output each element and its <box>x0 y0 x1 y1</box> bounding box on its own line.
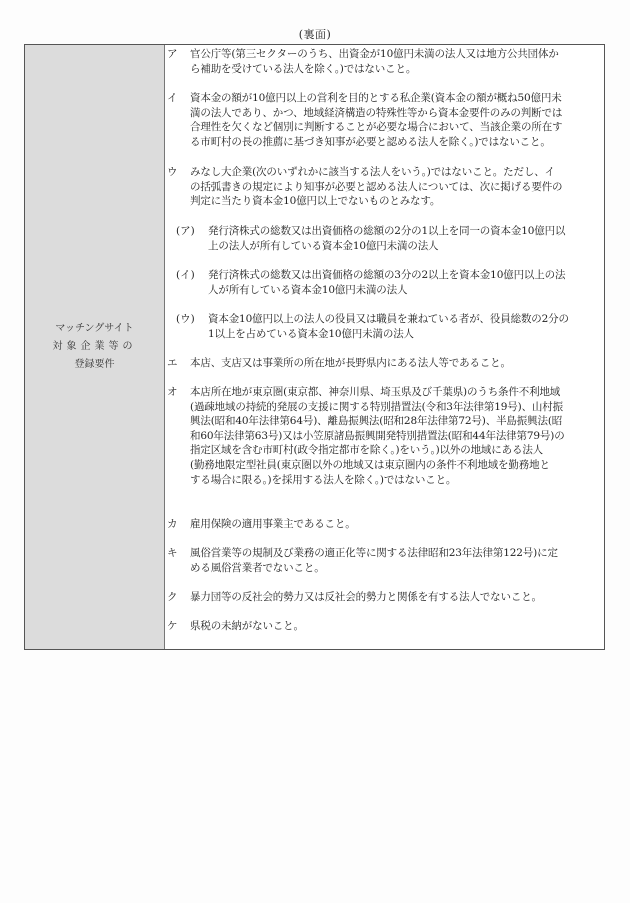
requirement-marker: (イ) <box>176 268 195 283</box>
requirement-text-line: 人が所有している資本金10億円未満の法人 <box>208 283 407 298</box>
requirement-text-line: 官公庁等(第三セクターのうち、出資金が10億円未満の法人又は地方公共団体か <box>190 47 559 62</box>
requirement-text-line: 県税の未納がないこと。 <box>190 619 304 634</box>
requirement-marker: イ <box>167 91 178 106</box>
requirement-marker: カ <box>167 517 178 532</box>
requirement-marker: オ <box>167 385 178 400</box>
requirement-marker: (ア) <box>176 224 195 239</box>
requirement-text-line: の括弧書きの規定により知事が必要と認める法人については、次に掲げる要件の <box>190 180 562 195</box>
requirement-text-line: 指定区域を含む市町村(政令指定都市を除く。)をいう。)以外の地域にある法人 <box>190 443 543 458</box>
requirement-text-line: る市町村の長の推薦に基づき知事が必要と認める法人を除く。)ではないこと。 <box>190 135 551 150</box>
requirement-text-line: 風俗営業等の規制及び業務の適正化等に関する法律昭和23年法律第122号)に定 <box>190 546 558 561</box>
requirement-text-line: 合理性を欠くなど個別に判断することが必要な場合において、当該企業の所在す <box>190 120 562 135</box>
requirement-text-line: 発行済株式の総数又は出資価格の総額の2分の1以上を同一の資本金10億円以 <box>208 224 565 239</box>
requirement-marker: ク <box>167 590 178 605</box>
requirement-text-line: 満の法人であり、かつ、地域経済構造の特殊性等から資本金要件のみの判断では <box>190 106 562 121</box>
requirement-marker: エ <box>167 356 178 371</box>
label-line-3: 登録要件 <box>75 356 115 374</box>
requirement-text-line: 暴力団等の反社会的勢力又は反社会的勢力と関係を有する法人でないこと。 <box>190 590 542 605</box>
requirement-text-line: 発行済株式の総数又は出資価格の総額の3分の2以上を資本金10億円以上の法 <box>208 268 565 283</box>
requirement-marker: (ウ) <box>176 312 195 327</box>
requirement-text-line: ら補助を受けている法人を除く。)ではないこと。 <box>190 62 416 77</box>
requirement-text-line: 本店所在地が東京圏(東京都、神奈川県、埼玉県及び千葉県)のうち条件不利地域 <box>190 385 560 400</box>
requirement-text-line: 判定に当たり資本金10億円以上でないものとみなす。 <box>190 194 440 209</box>
requirement-text-line: (過疎地域の持続的発展の支援に関する特別措置法(令和3年法律第19号)、山村振 <box>190 400 563 415</box>
requirement-marker: ウ <box>167 165 178 180</box>
requirement-text-line: める風俗営業者でないこと。 <box>190 561 325 576</box>
requirements-table: マッチングサイト 対象企業等の 登録要件 ア官公庁等(第三セクターのうち、出資金… <box>24 44 605 650</box>
label-line-2: 対象企業等の <box>53 338 137 356</box>
requirement-text-line: 雇用保険の適用事業主であること。 <box>190 517 356 532</box>
requirement-text-line: する場合に限る。)を採用する法人を除く。)ではないこと。 <box>190 473 456 488</box>
requirement-text-line: みなし大企業(次のいずれかに該当する法人をいう。)ではないこと。ただし、イ <box>190 165 555 180</box>
requirement-text-line: 1以上を占めている資本金10億円未満の法人 <box>208 327 414 342</box>
requirement-marker: キ <box>167 546 178 561</box>
label-line-1: マッチングサイト <box>55 320 133 338</box>
requirement-text-line: 興法(昭和40年法律第64号)、離島振興法(昭和28年法律第72号)、半島振興法… <box>190 414 562 429</box>
requirement-text-line: 本店、支店又は事業所の所在地が長野県内にある法人等であること。 <box>190 356 511 371</box>
requirement-marker: ア <box>167 47 178 62</box>
requirement-text-line: 資本金の額が10億円以上の営利を目的とする私企業(資本金の額が概ね50億円未 <box>190 91 562 106</box>
page-heading: (裏面) <box>0 26 630 42</box>
requirement-text-line: 和60年法律第63号)又は小笠原諸島振興開発特別措置法(昭和44年法律第79号)… <box>190 429 565 444</box>
label-cell: マッチングサイト 対象企業等の 登録要件 <box>25 45 165 649</box>
requirement-text-line: (勤務地限定型社員(東京圏以外の地域又は東京圏内の条件不利地域を勤務地と <box>190 458 550 473</box>
requirement-text-line: 資本金10億円以上の法人の役員又は職員を兼ねている者が、役員総数の2分の <box>208 312 569 327</box>
requirement-marker: ケ <box>167 619 178 634</box>
requirement-text-line: 上の法人が所有している資本金10億円未満の法人 <box>208 239 438 254</box>
requirements-content-cell: ア官公庁等(第三セクターのうち、出資金が10億円未満の法人又は地方公共団体から補… <box>165 45 604 649</box>
